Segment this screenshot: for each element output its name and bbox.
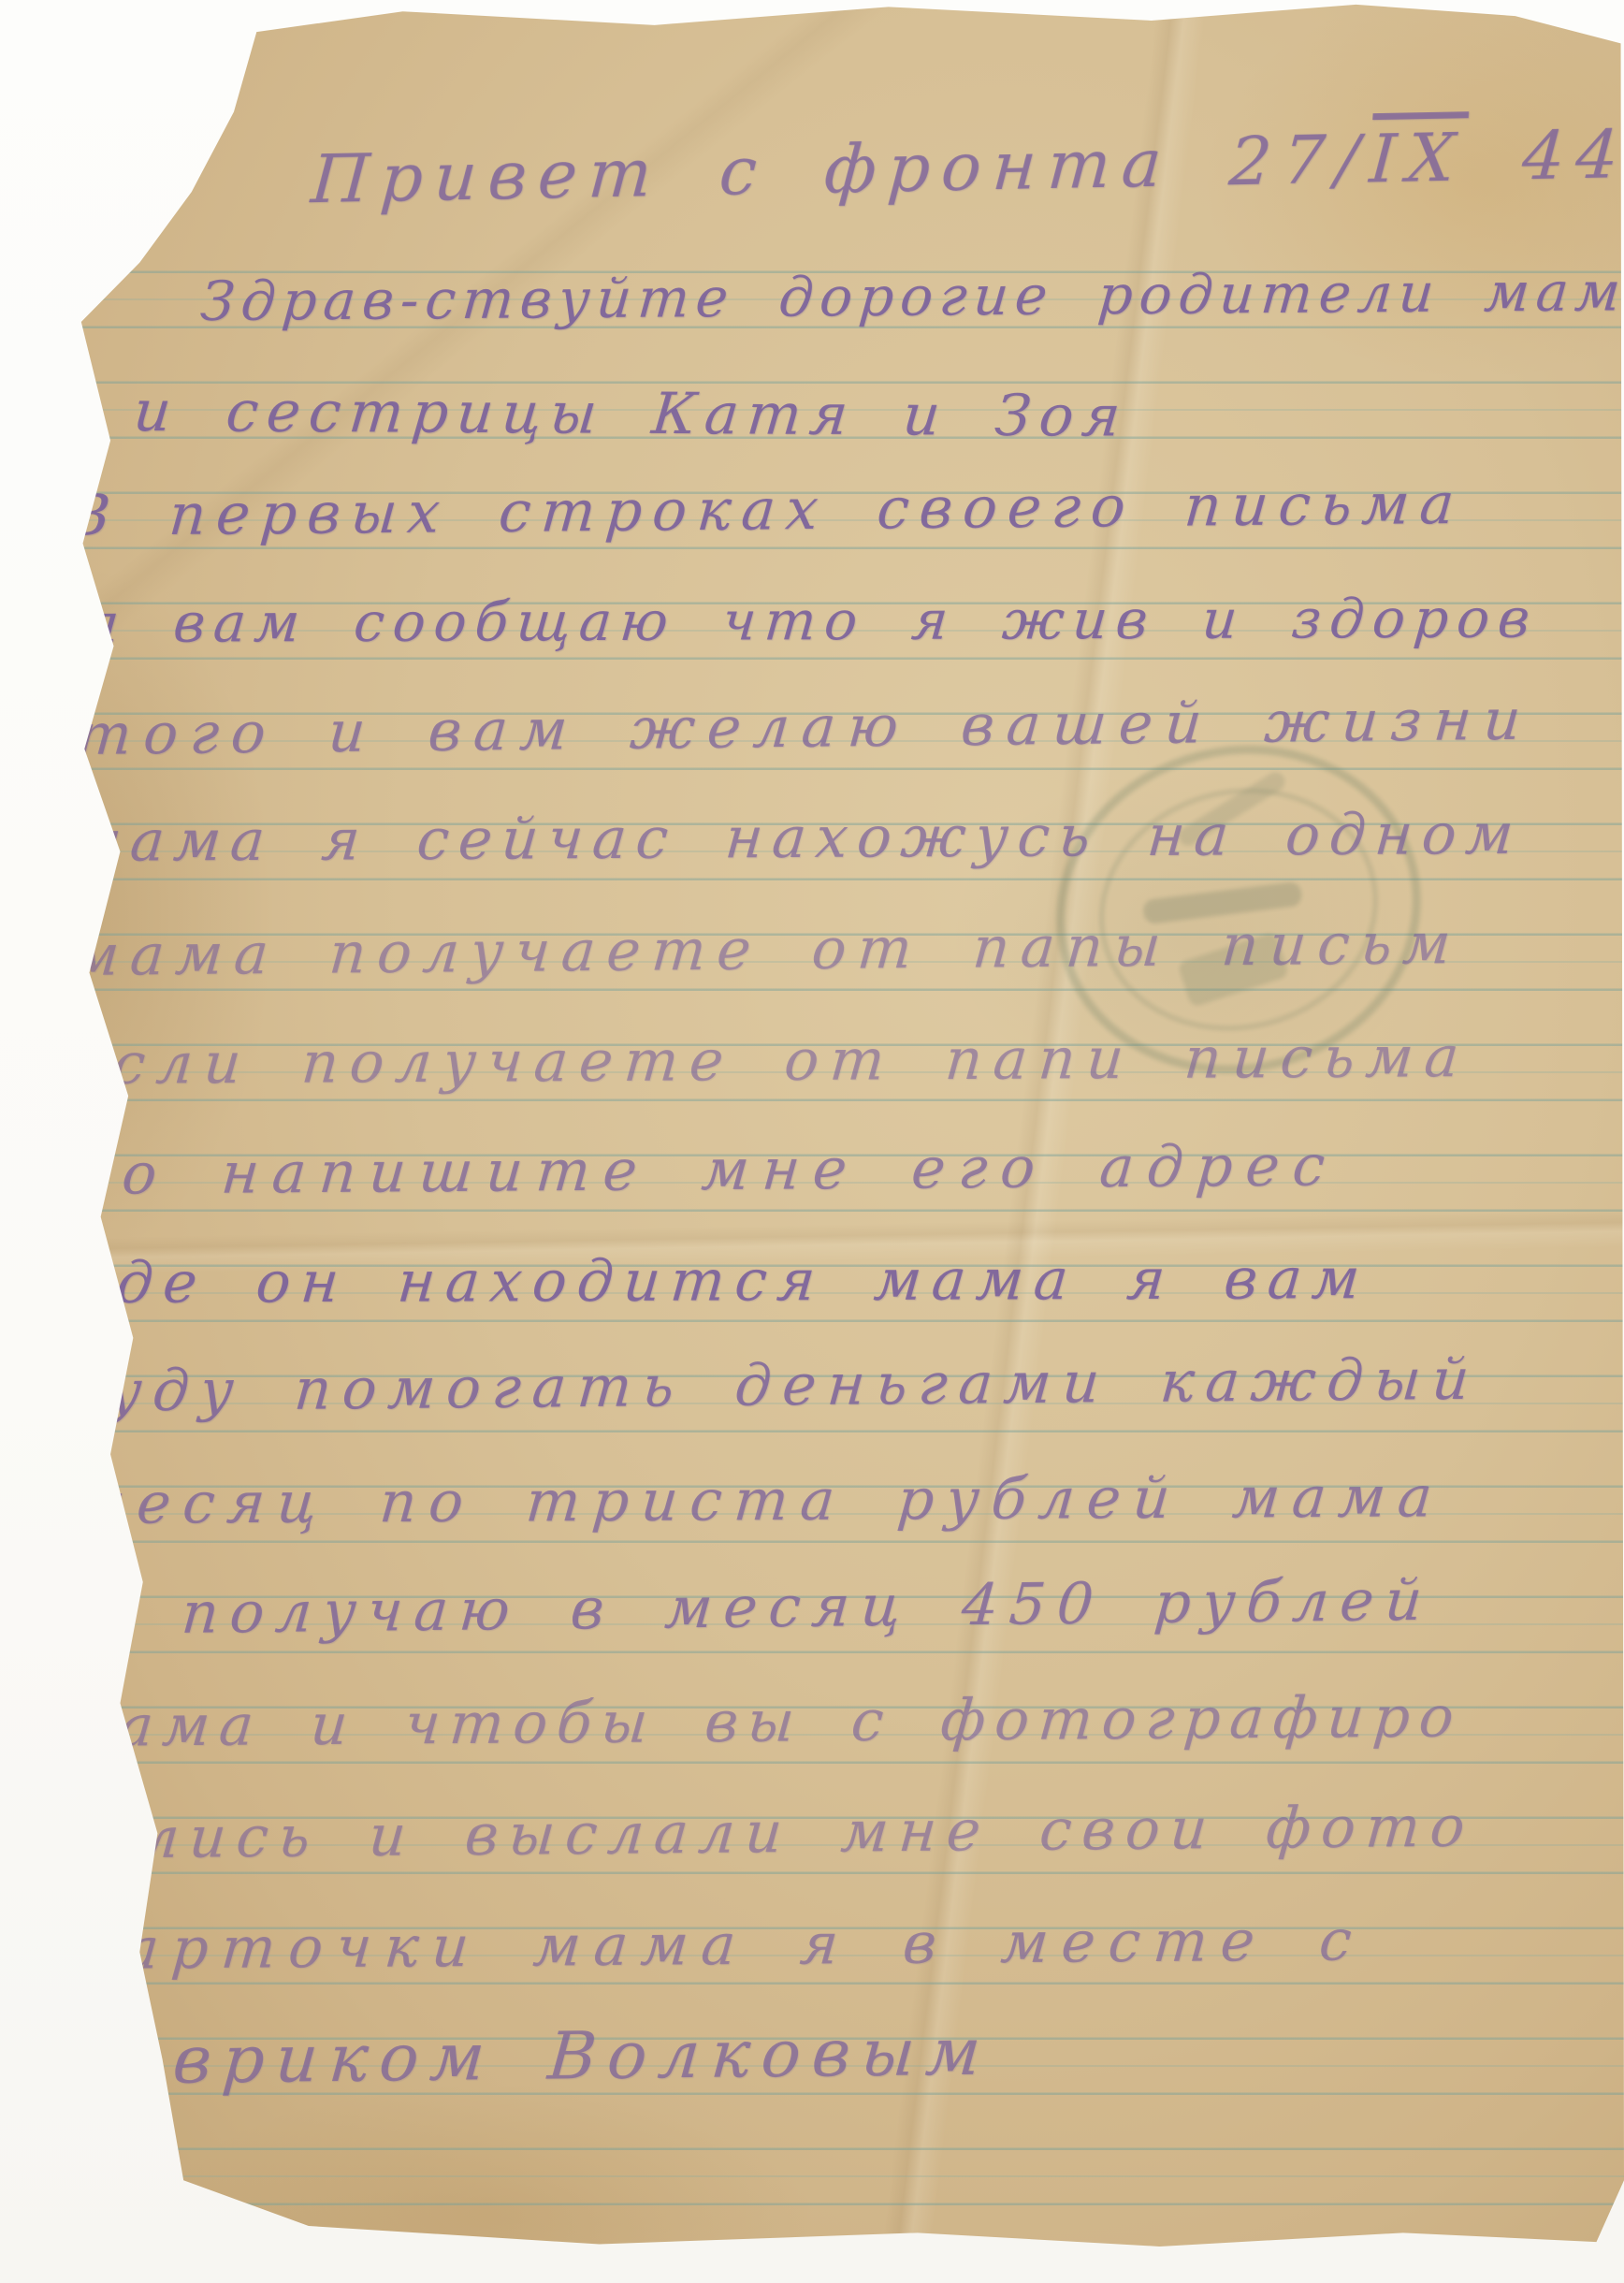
handwritten-line: В первых строках своего письма: [65, 471, 1467, 549]
handwritten-line: мама я сейчас нахожусь на одном: [71, 801, 1525, 875]
handwritten-line: я получаю в месяц 450 рублей: [80, 1567, 1436, 1648]
handwritten-line: карточки мама я в месте с: [75, 1907, 1367, 1983]
date-day: 27/: [1226, 120, 1372, 200]
greeting-text: Привет с фронта: [309, 124, 1175, 218]
handwritten-line: где он находится мама я вам: [75, 1245, 1372, 1316]
handwritten-line: мама и чтобы вы с фотографиро: [60, 1684, 1466, 1760]
handwritten-line: я вам сообщаю что я жив и здоров: [80, 587, 1541, 655]
handwritten-line: вались и выслали мне свои фото: [52, 1794, 1477, 1872]
handwritten-line: буду помогать деньгами каждый: [60, 1346, 1483, 1425]
handwritten-line: месяц по триста рублей мама: [75, 1463, 1447, 1537]
scanned-letter: Привет с фронта 27/IX 44 года Здрав-ству…: [0, 0, 1624, 2283]
handwritten-line: мама получаете от папы письм: [69, 910, 1464, 989]
handwritten-line: то напишите мне его адрес: [52, 1132, 1341, 1208]
date-month-roman: IX: [1367, 118, 1468, 197]
handwritten-line: если получаете от папи письма: [65, 1024, 1472, 1098]
handwritten-line: и сестрицы Катя и Зоя: [131, 378, 1131, 450]
letter-paper: Привет с фронта 27/IX 44 года Здрав-ству…: [0, 0, 1624, 2283]
handwritten-line: Здрав-ствуйте дорогие родители мама: [198, 259, 1624, 333]
date-year: 44 года: [1520, 110, 1624, 196]
handwritten-line: Гавриком Волковым: [65, 2014, 994, 2100]
